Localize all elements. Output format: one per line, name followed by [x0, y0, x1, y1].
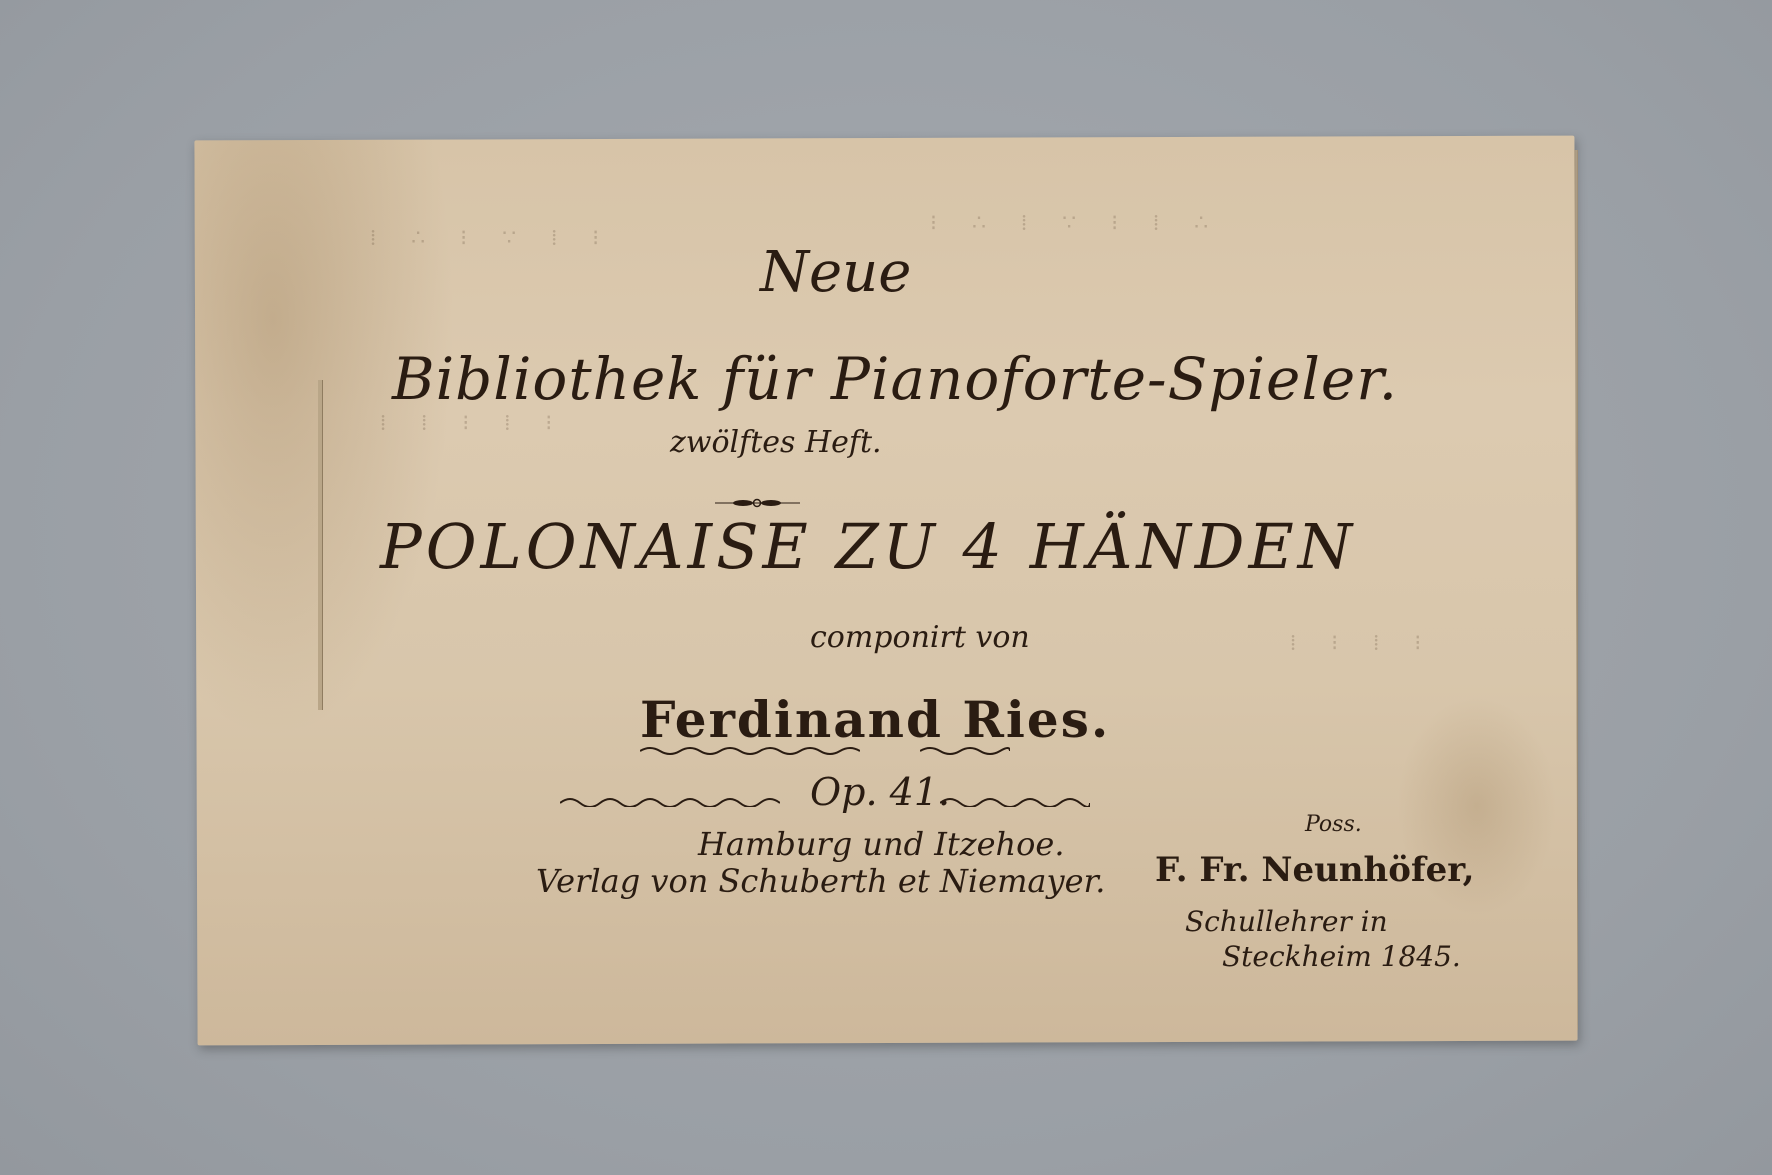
- owner-occupation: Schullehrer in: [1185, 905, 1388, 938]
- opus-flourish-left: [560, 795, 780, 807]
- owner-name: F. Fr. Neunhöfer,: [1155, 850, 1474, 890]
- opus-flourish-right: [940, 795, 1090, 807]
- volume-number: zwölftes Heft.: [670, 425, 882, 460]
- ornament-divider: [715, 498, 800, 508]
- composed-by-label: componirt von: [810, 620, 1030, 655]
- bleed-through-notes: ⁝ ∴ ⁞ ∵ ⁝ ⁞ ∴: [930, 210, 1222, 236]
- ownership-prefix: Poss.: [1305, 812, 1362, 837]
- publisher-city: Hamburg und Itzehoe.: [698, 825, 1065, 863]
- opus-number: Op. 41.: [810, 770, 950, 814]
- binding-thread: [318, 380, 322, 710]
- publisher-name: Verlag von Schuberth et Niemayer.: [536, 862, 1105, 900]
- bleed-through-notes: ⁞ ∴ ⁝ ∵ ⁞ ⁝: [370, 225, 613, 251]
- owner-place-year: Steckheim 1845.: [1222, 940, 1461, 973]
- composer-name: Ferdinand Ries.: [640, 690, 1110, 749]
- bleed-through-notes: ⁞ ⁞ ⁝ ⁞ ⁝: [380, 410, 566, 436]
- bleed-through-notes: ⁞ ⁝ ⁞ ⁝: [1290, 630, 1435, 656]
- composer-underline: [640, 745, 860, 757]
- series-title-line1: Neue: [760, 240, 911, 305]
- work-title: POLONAISE ZU 4 HÄNDEN: [380, 510, 1356, 583]
- composer-underline: [920, 745, 1010, 757]
- series-title-line2: Bibliothek für Pianoforte-Spieler.: [392, 345, 1398, 413]
